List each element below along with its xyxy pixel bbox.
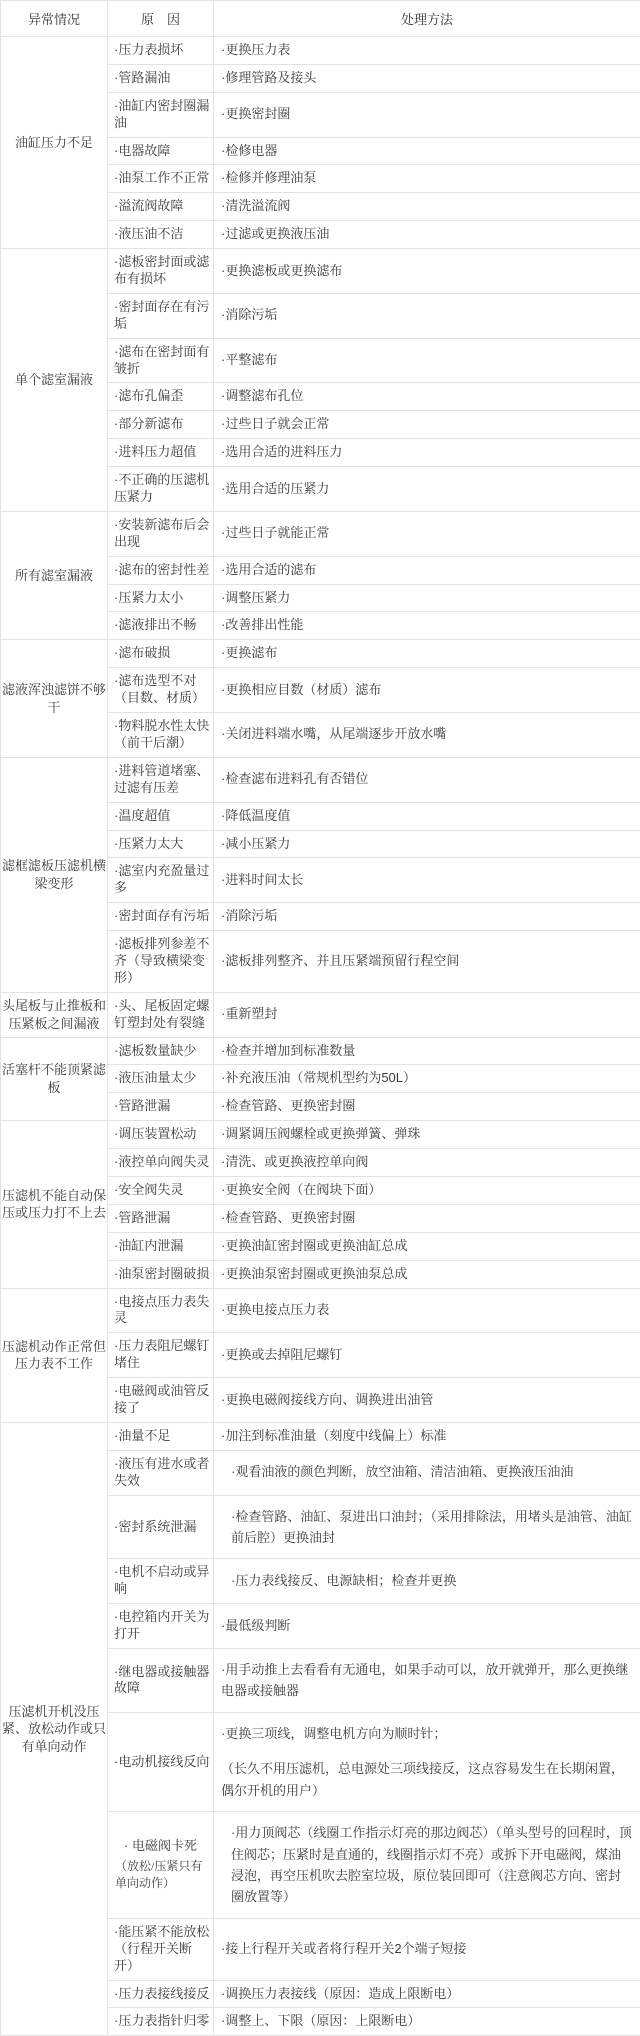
- cause-text: ·压力表阻尼螺钉堵住: [114, 1338, 211, 1372]
- method-text: ·补充液压油（常规机型约为50L）: [221, 1070, 632, 1087]
- method-text: ·最低级判断: [221, 1618, 632, 1635]
- method-text: ·降低温度值: [221, 808, 632, 825]
- situation-cell: 油缸压力不足: [1, 37, 108, 249]
- cause-cell: ·电器故障: [108, 137, 214, 165]
- method-cell: ·进料时间太长: [214, 858, 640, 903]
- cause-text: ·不正确的压滤机压紧力: [114, 472, 211, 506]
- method-cell: ·选用合适的滤布: [214, 556, 640, 584]
- cause-cell: ·压紧力太大: [108, 830, 214, 858]
- situation-cell: 所有滤室漏液: [1, 511, 108, 639]
- method-cell: ·更换相应目数（材质）滤布: [214, 668, 640, 713]
- cause-cell: ·滤板密封面或滤布有损坏: [108, 249, 214, 294]
- cause-cell: ·液压油不洁: [108, 221, 214, 249]
- situation-cell: 头尾板与止推板和压紧板之间漏液: [1, 992, 108, 1037]
- cause-text: ·滤布的密封性差: [114, 562, 211, 579]
- method-cell: ·调整压紧力: [214, 584, 640, 612]
- cause-cell: ·滤液排出不畅: [108, 612, 214, 640]
- method-cell: ·调紧调压阀螺栓或更换弹簧、弹珠: [214, 1121, 640, 1149]
- table-row: 单个滤室漏液·滤板密封面或滤布有损坏·更换滤板或更换滤布: [1, 249, 640, 294]
- cause-text: ·液压有进水或者失效: [114, 1456, 211, 1490]
- method-cell: ·更换油泵密封圈或更换油泵总成: [214, 1260, 640, 1288]
- method-text: ·更换滤布: [221, 645, 632, 662]
- method-cell: ·更换或去掉阻尼螺钉: [214, 1333, 640, 1378]
- cause-text: ·压力表接线接反: [114, 1986, 211, 2003]
- method-text-note: （长久不用压滤机，总电源处三项线接反，这点容易发生在长期闲置，偶尔开机的用户）: [221, 1758, 632, 1801]
- method-text: ·更换相应目数（材质）滤布: [221, 682, 632, 699]
- method-cell: ·检查管路、油缸、泵进出口油封；（采用排除法，用堵头是油管、油缸前后腔）更换油封: [214, 1495, 640, 1559]
- cause-cell: ·电控箱内开关为打开: [108, 1604, 214, 1649]
- method-text: ·选用合适的滤布: [221, 562, 632, 579]
- cause-text: ·密封系统泄漏: [114, 1519, 211, 1536]
- cause-cell: ·电动机接线反向: [108, 1712, 214, 1811]
- cause-cell: ·不正确的压滤机压紧力: [108, 467, 214, 512]
- method-text: ·减小压紧力: [221, 836, 632, 853]
- method-cell: ·观看油液的颜色判断，放空油箱、清洁油箱、更换液压油油: [214, 1450, 640, 1495]
- method-text: ·清洗溢流阀: [221, 198, 632, 215]
- method-text: ·更换安全阀（在阀块下面）: [221, 1182, 632, 1199]
- cause-text: ·电动机接线反向: [114, 1754, 211, 1771]
- method-text: ·消除污垢: [221, 307, 632, 324]
- method-cell: ·消除污垢: [214, 293, 640, 338]
- table-row: 压滤机开机没压紧、放松动作或只有单向动作·油量不足·加注到标准油量（刻度中线偏上…: [1, 1422, 640, 1450]
- cause-cell: ·滤布选型不对（目数、材质）: [108, 668, 214, 713]
- cause-cell: ·进料压力超值: [108, 439, 214, 467]
- method-text: ·更换滤板或更换滤布: [221, 263, 632, 280]
- table-row: 滤液浑浊滤饼不够干·滤布破损·更换滤布: [1, 640, 640, 668]
- header-method: 处理方法: [214, 1, 640, 37]
- cause-cell: ·压力表指针归零: [108, 2008, 214, 2036]
- method-cell: ·更换滤布: [214, 640, 640, 668]
- method-cell: ·检查并增加到标准数量: [214, 1037, 640, 1065]
- table-row: 所有滤室漏液·安装新滤布后会出现·过些日子就能正常: [1, 511, 640, 556]
- cause-text: ·油泵工作不正常: [114, 170, 211, 187]
- situation-cell: 滤框滤板压滤机横梁变形: [1, 757, 108, 992]
- method-text: ·检查并增加到标准数量: [221, 1043, 632, 1060]
- method-cell: ·检修电器: [214, 137, 640, 165]
- cause-text: ·滤布在密封面有皱折: [114, 344, 211, 378]
- method-cell: ·重新塑封: [214, 992, 640, 1037]
- cause-cell: ·调压装置松动: [108, 1121, 214, 1149]
- cause-cell: ·管路漏油: [108, 64, 214, 92]
- method-cell: ·最低级判断: [214, 1604, 640, 1649]
- situation-cell: 压滤机不能自动保压或压力打不上去: [1, 1121, 108, 1288]
- cause-text: ·油缸内泄漏: [114, 1238, 211, 1255]
- cause-cell: ·油泵工作不正常: [108, 165, 214, 193]
- cause-cell: ·安全阀失灵: [108, 1176, 214, 1204]
- method-cell: ·改善排出性能: [214, 612, 640, 640]
- method-text: ·调换压力表接线（原因：造成上限断电）: [221, 1986, 632, 2003]
- method-cell: ·调整上、下限（原因：上限断电）: [214, 2008, 640, 2036]
- header-row: 异常情况 原 因 处理方法: [1, 1, 640, 37]
- cause-cell: ·温度超值: [108, 802, 214, 830]
- method-text: ·关闭进料端水嘴，从尾端逐步开放水嘴: [221, 726, 632, 743]
- cause-text: ·部分新滤布: [114, 416, 211, 433]
- cause-cell: ·油缸内密封圈漏油: [108, 92, 214, 137]
- method-text: ·消除污垢: [221, 908, 632, 925]
- cause-text: ·进料压力超值: [114, 444, 211, 461]
- method-text: ·检修并修理油泵: [221, 170, 632, 187]
- method-text: ·更换电磁阀接线方向、调换进出油管: [221, 1392, 632, 1409]
- situation-cell: 单个滤室漏液: [1, 249, 108, 512]
- method-cell: ·更换油缸密封圈或更换油缸总成: [214, 1232, 640, 1260]
- cause-cell: ·液控单向阀失灵: [108, 1149, 214, 1177]
- cause-cell: ·管路泄漏: [108, 1093, 214, 1121]
- method-cell: ·调换压力表接线（原因：造成上限断电）: [214, 1980, 640, 2008]
- cause-cell: ·密封系统泄漏: [108, 1495, 214, 1559]
- method-cell: ·消除污垢: [214, 903, 640, 931]
- method-text: ·更换油缸密封圈或更换油缸总成: [221, 1238, 632, 1255]
- method-text: ·调整滤布孔位: [221, 388, 632, 405]
- method-cell: ·检查滤布进料孔有否错位: [214, 757, 640, 802]
- method-text: ·调紧调压阀螺栓或更换弹簧、弹珠: [221, 1126, 632, 1143]
- cause-cell: ·油量不足: [108, 1422, 214, 1450]
- troubleshooting-table: 异常情况 原 因 处理方法 油缸压力不足·压力表损坏·更换压力表·管路漏油·修理…: [0, 0, 640, 2036]
- method-text: ·更换或去掉阻尼螺钉: [221, 1347, 632, 1364]
- method-cell: ·补充液压油（常规机型约为50L）: [214, 1065, 640, 1093]
- situation-cell: 压滤机开机没压紧、放松动作或只有单向动作: [1, 1422, 108, 2036]
- method-cell: ·用手动推上去看看有无通电，如果手动可以，放开就弹开，那么更换继电器或接触器: [214, 1648, 640, 1712]
- cause-text: ·滤室内充盈量过多: [114, 863, 211, 897]
- cause-text: ·压紧力太大: [114, 836, 211, 853]
- cause-text: ·滤板数量缺少: [114, 1043, 211, 1060]
- method-text: ·检查管路、油缸、泵进出口油封；（采用排除法，用堵头是油管、油缸前后腔）更换油封: [231, 1506, 632, 1549]
- cause-cell: ·压紧力太小: [108, 584, 214, 612]
- method-text: ·检查管路、更换密封圈: [221, 1210, 632, 1227]
- method-cell: ·降低温度值: [214, 802, 640, 830]
- cause-cell: ·电磁阀或油管反接了: [108, 1378, 214, 1423]
- cause-cell: ·物料脱水性太快（前干后潮）: [108, 713, 214, 758]
- method-text: ·更换密封圈: [221, 106, 632, 123]
- cause-cell: ·部分新滤布: [108, 411, 214, 439]
- cause-text: ·液压油量太少: [114, 1070, 211, 1087]
- method-cell: ·接上行程开关或者将行程开关2个端子短接: [214, 1918, 640, 1980]
- method-text: ·压力表线接反、电源缺相；检查并更换: [231, 1573, 632, 1590]
- method-text: ·平整滤布: [221, 352, 632, 369]
- cause-cell: ·密封面存在有污垢: [108, 293, 214, 338]
- method-cell: ·用力顶阀芯（线圈工作指示灯亮的那边阀芯）（单头型号的回程时，顶住阀芯；压紧时是…: [214, 1812, 640, 1919]
- cause-cell: ·液压油量太少: [108, 1065, 214, 1093]
- cause-text: ·安装新滤布后会出现: [114, 517, 211, 551]
- method-cell: ·检查管路、更换密封圈: [214, 1093, 640, 1121]
- cause-cell: ·头、尾板固定螺钉塑封处有裂缝: [108, 992, 214, 1037]
- cause-text: ·管路泄漏: [114, 1098, 211, 1115]
- table-row: 头尾板与止推板和压紧板之间漏液·头、尾板固定螺钉塑封处有裂缝·重新塑封: [1, 992, 640, 1037]
- method-text: ·用手动推上去看看有无通电，如果手动可以，放开就弹开，那么更换继电器或接触器: [221, 1659, 632, 1702]
- cause-cell: ·安装新滤布后会出现: [108, 511, 214, 556]
- method-cell: ·更换密封圈: [214, 92, 640, 137]
- cause-cell: ·滤布破损: [108, 640, 214, 668]
- method-text: ·更换油泵密封圈或更换油泵总成: [221, 1266, 632, 1283]
- method-text: ·过些日子就能正常: [221, 525, 632, 542]
- cause-text: ·油量不足: [114, 1428, 211, 1445]
- cause-note: （放松/压紧只有单向动作）: [110, 1858, 211, 1893]
- cause-text: ·电接点压力表失灵: [114, 1294, 211, 1328]
- cause-text: ·密封面存有污垢: [114, 908, 211, 925]
- method-text: ·接上行程开关或者将行程开关2个端子短接: [221, 1941, 632, 1958]
- cause-cell: ·溢流阀故障: [108, 193, 214, 221]
- cause-cell: ·压力表接线接反: [108, 1980, 214, 2008]
- method-text: ·滤板排列整齐、并且压紧端预留行程空间: [221, 953, 632, 970]
- cause-cell: ·电机不启动或异响: [108, 1559, 214, 1604]
- cause-text: ·密封面存在有污垢: [114, 299, 211, 333]
- method-text: ·检查管路、更换密封圈: [221, 1098, 632, 1115]
- cause-text: ·压力表指针归零: [114, 2013, 211, 2030]
- cause-text: ·电机不启动或异响: [114, 1564, 211, 1598]
- method-cell: ·更换电接点压力表: [214, 1288, 640, 1333]
- method-text: ·调整压紧力: [221, 590, 632, 607]
- method-cell: ·更换三项线，调整电机方向为顺时针；（长久不用压滤机，总电源处三项线接反，这点容…: [214, 1712, 640, 1811]
- cause-cell: ·滤板数量缺少: [108, 1037, 214, 1065]
- method-text: ·进料时间太长: [221, 872, 632, 889]
- method-cell: ·更换电磁阀接线方向、调换进出油管: [214, 1378, 640, 1423]
- header-cause: 原 因: [108, 1, 214, 37]
- method-cell: ·更换安全阀（在阀块下面）: [214, 1176, 640, 1204]
- cause-cell: ·进料管道堵塞、过滤有压差: [108, 757, 214, 802]
- method-text: ·更换三项线，调整电机方向为顺时针；: [221, 1723, 632, 1744]
- cause-text: ·电磁阀或油管反接了: [114, 1383, 211, 1417]
- cause-cell: ·压力表阻尼螺钉堵住: [108, 1333, 214, 1378]
- cause-cell: ·能压紧不能放松（行程开关断开）: [108, 1918, 214, 1980]
- method-cell: ·清洗溢流阀: [214, 193, 640, 221]
- table-body: 油缸压力不足·压力表损坏·更换压力表·管路漏油·修理管路及接头·油缸内密封圈漏油…: [1, 37, 640, 2036]
- method-text: ·修理管路及接头: [221, 70, 632, 87]
- cause-cell: ·管路泄漏: [108, 1204, 214, 1232]
- situation-cell: 压滤机动作正常但压力表不工作: [1, 1288, 108, 1422]
- method-text: ·清洗、或更换液控单向阀: [221, 1154, 632, 1171]
- cause-text: ·压力表损坏: [114, 42, 211, 59]
- cause-text: ·压紧力太小: [114, 590, 211, 607]
- cause-text: ·物料脱水性太快（前干后潮）: [114, 718, 211, 752]
- method-cell: ·过些日子就会正常: [214, 411, 640, 439]
- method-cell: ·选用合适的进料压力: [214, 439, 640, 467]
- method-text: ·过滤或更换液压油: [221, 226, 632, 243]
- situation-cell: 活塞杆不能顶紧滤板: [1, 1037, 108, 1121]
- table-row: 活塞杆不能顶紧滤板·滤板数量缺少·检查并增加到标准数量: [1, 1037, 640, 1065]
- cause-cell: · 电磁阀卡死（放松/压紧只有单向动作）: [108, 1812, 214, 1919]
- cause-cell: ·滤板排列参差不齐（导致横梁变形）: [108, 931, 214, 993]
- method-text: ·选用合适的进料压力: [221, 444, 632, 461]
- method-text: ·过些日子就会正常: [221, 416, 632, 433]
- method-text: ·加注到标准油量（刻度中线偏上）标准: [221, 1428, 632, 1445]
- method-cell: ·更换滤板或更换滤布: [214, 249, 640, 294]
- cause-text: ·滤液排出不畅: [114, 617, 211, 634]
- method-cell: ·选用合适的压紧力: [214, 467, 640, 512]
- table-row: 油缸压力不足·压力表损坏·更换压力表: [1, 37, 640, 65]
- cause-text: ·液压油不洁: [114, 226, 211, 243]
- method-text: ·检修电器: [221, 143, 632, 160]
- cause-cell: ·滤布的密封性差: [108, 556, 214, 584]
- method-text: ·选用合适的压紧力: [221, 481, 632, 498]
- cause-text: ·能压紧不能放松（行程开关断开）: [114, 1924, 211, 1975]
- cause-text: ·滤板密封面或滤布有损坏: [114, 254, 211, 288]
- cause-text: ·头、尾板固定螺钉塑封处有裂缝: [114, 998, 211, 1032]
- cause-text: ·电控箱内开关为打开: [114, 1609, 211, 1643]
- method-cell: ·过些日子就能正常: [214, 511, 640, 556]
- cause-cell: ·电接点压力表失灵: [108, 1288, 214, 1333]
- cause-cell: ·油泵密封圈破损: [108, 1260, 214, 1288]
- cause-cell: ·密封面存有污垢: [108, 903, 214, 931]
- method-cell: ·检查管路、更换密封圈: [214, 1204, 640, 1232]
- cause-text: ·溢流阀故障: [114, 198, 211, 215]
- cause-text: ·温度超值: [114, 808, 211, 825]
- cause-text: ·液控单向阀失灵: [114, 1154, 211, 1171]
- method-text: ·观看油液的颜色判断，放空油箱、清洁油箱、更换液压油油: [231, 1464, 632, 1481]
- cause-cell: ·滤布孔偏歪: [108, 383, 214, 411]
- cause-text: ·管路泄漏: [114, 1210, 211, 1227]
- cause-text: ·油缸内密封圈漏油: [114, 98, 211, 132]
- cause-text: ·调压装置松动: [114, 1126, 211, 1143]
- cause-text: ·管路漏油: [114, 70, 211, 87]
- cause-text: · 电磁阀卡死: [110, 1838, 211, 1855]
- cause-cell: ·滤室内充盈量过多: [108, 858, 214, 903]
- method-text: ·重新塑封: [221, 1006, 632, 1023]
- method-cell: ·调整滤布孔位: [214, 383, 640, 411]
- table-row: 滤框滤板压滤机横梁变形·进料管道堵塞、过滤有压差·检查滤布进料孔有否错位: [1, 757, 640, 802]
- method-text: ·检查滤布进料孔有否错位: [221, 771, 632, 788]
- method-text: ·调整上、下限（原因：上限断电）: [221, 2013, 632, 2030]
- method-cell: ·减小压紧力: [214, 830, 640, 858]
- cause-text: ·油泵密封圈破损: [114, 1266, 211, 1283]
- cause-cell: ·滤布在密封面有皱折: [108, 338, 214, 383]
- cause-text: ·电器故障: [114, 143, 211, 160]
- cause-text: ·安全阀失灵: [114, 1182, 211, 1199]
- cause-cell: ·油缸内泄漏: [108, 1232, 214, 1260]
- method-cell: ·更换压力表: [214, 37, 640, 65]
- method-cell: ·检修并修理油泵: [214, 165, 640, 193]
- method-cell: ·修理管路及接头: [214, 64, 640, 92]
- cause-cell: ·继电器或接触器故障: [108, 1648, 214, 1712]
- cause-cell: ·压力表损坏: [108, 37, 214, 65]
- cause-text: ·滤板排列参差不齐（导致横梁变形）: [114, 936, 211, 987]
- cause-text: ·滤布破损: [114, 645, 211, 662]
- cause-text: ·进料管道堵塞、过滤有压差: [114, 763, 211, 797]
- cause-text: ·滤布孔偏歪: [114, 388, 211, 405]
- method-text: ·更换电接点压力表: [221, 1302, 632, 1319]
- method-cell: ·过滤或更换液压油: [214, 221, 640, 249]
- method-cell: ·加注到标准油量（刻度中线偏上）标准: [214, 1422, 640, 1450]
- method-cell: ·清洗、或更换液控单向阀: [214, 1149, 640, 1177]
- situation-cell: 滤液浑浊滤饼不够干: [1, 640, 108, 757]
- cause-text: ·滤布选型不对（目数、材质）: [114, 673, 211, 707]
- method-cell: ·滤板排列整齐、并且压紧端预留行程空间: [214, 931, 640, 993]
- cause-cell: ·液压有进水或者失效: [108, 1450, 214, 1495]
- table-row: 压滤机动作正常但压力表不工作·电接点压力表失灵·更换电接点压力表: [1, 1288, 640, 1333]
- cause-text: ·继电器或接触器故障: [114, 1664, 211, 1698]
- header-situation: 异常情况: [1, 1, 108, 37]
- method-text: ·更换压力表: [221, 42, 632, 59]
- method-cell: ·平整滤布: [214, 338, 640, 383]
- table-row: 压滤机不能自动保压或压力打不上去·调压装置松动·调紧调压阀螺栓或更换弹簧、弹珠: [1, 1121, 640, 1149]
- method-cell: ·关闭进料端水嘴，从尾端逐步开放水嘴: [214, 713, 640, 758]
- method-cell: ·压力表线接反、电源缺相；检查并更换: [214, 1559, 640, 1604]
- method-text: ·改善排出性能: [221, 617, 632, 634]
- method-text: ·用力顶阀芯（线圈工作指示灯亮的那边阀芯）（单头型号的回程时，顶住阀芯；压紧时是…: [231, 1822, 632, 1908]
